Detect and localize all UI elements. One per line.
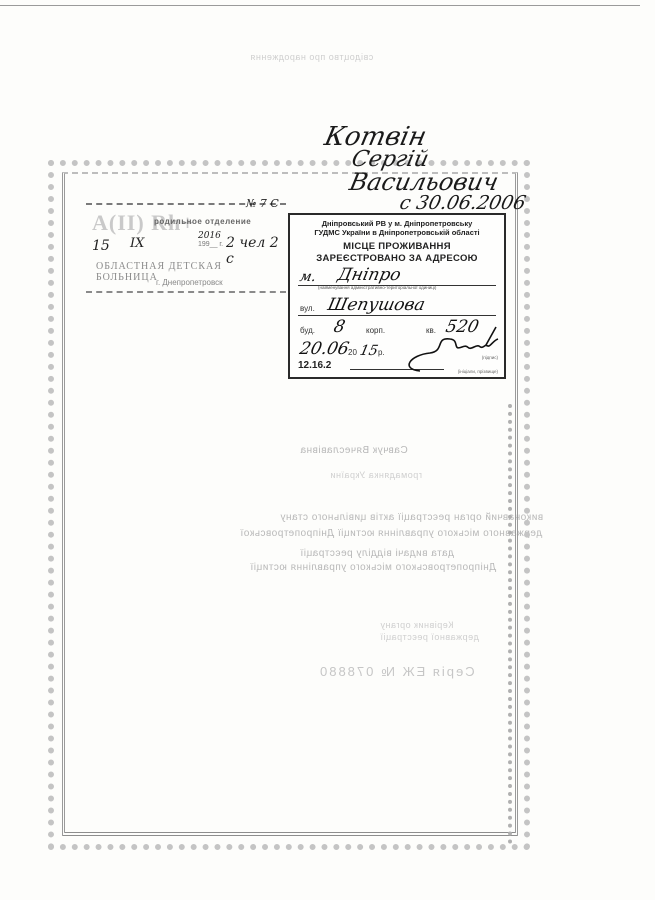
city-caption: (найменування адміністративно-територіал… — [318, 285, 436, 290]
date-year-label: 20 — [348, 348, 357, 357]
hospital-year-printed: 199__ г. — [198, 241, 223, 248]
stamp-code: 12.16.2 — [298, 360, 331, 371]
hospital-year-handwritten: 2016 — [198, 231, 221, 241]
stamp-title-1: МІСЦЕ ПРОЖИВАННЯ — [290, 241, 504, 253]
city-prefix: м. — [298, 269, 317, 285]
handwritten-date-note: с 30.06.2006 — [398, 192, 528, 214]
year-suffix: р. — [378, 348, 385, 357]
street-value: Шепушова — [326, 295, 427, 315]
building-label: буд. — [300, 326, 315, 335]
building-value: 8 — [332, 317, 347, 337]
date-year-value: 15 — [358, 343, 379, 359]
block-label: корп. — [366, 326, 385, 335]
signature-scrawl-icon — [390, 325, 500, 373]
certificate-frame-edge — [508, 404, 522, 844]
hospital-department: родильное отделение — [154, 217, 251, 226]
authority-line-1: Дніпровський РВ у м. Дніпропетровську — [290, 219, 504, 228]
hospital-day: 15 — [92, 238, 110, 254]
registration-stamp: Дніпровський РВ у м. Дніпропетровську ГУ… — [288, 213, 506, 379]
hospital-record-number: № 7 С — [246, 197, 279, 210]
hospital-month: IX — [130, 236, 144, 251]
city-value: Дніпро — [336, 265, 403, 285]
date-day-month: 20.06 — [298, 339, 351, 359]
street-label: вул. — [300, 304, 315, 313]
bleed-through-text: свідоцтво про народження — [250, 52, 373, 62]
authority-line-2: ГУДМС України в Дніпропетровській област… — [290, 228, 504, 237]
hospital-city: г. Днепропетровск — [156, 278, 223, 287]
street-row: вул. Шепушова — [298, 293, 496, 316]
city-row: м. Дніпро — [298, 263, 496, 286]
hospital-stamp: A(II) Rh+ родильное отделение № 7 С 15 I… — [86, 203, 286, 293]
page-top-edge — [0, 5, 640, 6]
